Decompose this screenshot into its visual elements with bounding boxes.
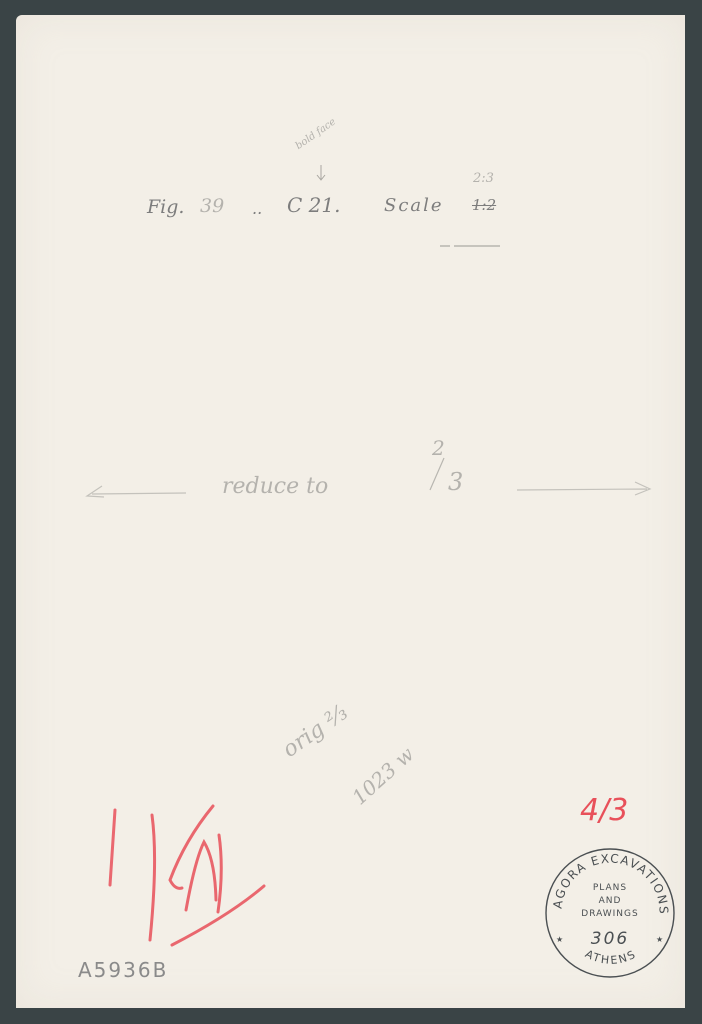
left-arrow-icon bbox=[84, 484, 188, 504]
caption-scale-new: 2:3 bbox=[473, 172, 494, 185]
caption-fig-number: 39 bbox=[200, 197, 224, 216]
fraction-slash bbox=[428, 458, 448, 492]
stamp-bottom-arc: ATHENS bbox=[583, 947, 639, 967]
stamp-star-left-icon: ★ bbox=[556, 935, 563, 944]
inventory-number: A5936B bbox=[78, 960, 168, 980]
underline-mark bbox=[440, 244, 502, 248]
caption-separator: .. bbox=[252, 201, 262, 217]
red-fraction: 4/3 bbox=[580, 796, 628, 826]
stamp-line3: DRAWINGS bbox=[581, 909, 638, 919]
stamp-line2: AND bbox=[599, 896, 622, 906]
caption-catalog: C 21. bbox=[287, 195, 340, 215]
instruction-fraction-den: 3 bbox=[448, 470, 463, 494]
svg-text:ATHENS: ATHENS bbox=[583, 947, 639, 967]
right-arrow-icon bbox=[517, 480, 653, 500]
red-scribble-mark bbox=[100, 800, 280, 950]
insert-caret-icon bbox=[315, 165, 327, 183]
instruction-fraction-num: 2 bbox=[432, 438, 445, 458]
stamp-number: 306 bbox=[591, 929, 629, 949]
stamp-line1: PLANS bbox=[593, 883, 627, 893]
caption-fig-label: Fig. bbox=[147, 198, 184, 217]
caption-scale-old: 1:2 bbox=[472, 198, 496, 213]
instruction-text: reduce to bbox=[222, 476, 328, 498]
stamp-star-right-icon: ★ bbox=[656, 935, 663, 944]
caption-scale-label: Scale bbox=[384, 197, 444, 215]
agora-excavations-stamp: AGORA EXCAVATIONS ATHENS PLANS AND DRAWI… bbox=[543, 846, 677, 980]
